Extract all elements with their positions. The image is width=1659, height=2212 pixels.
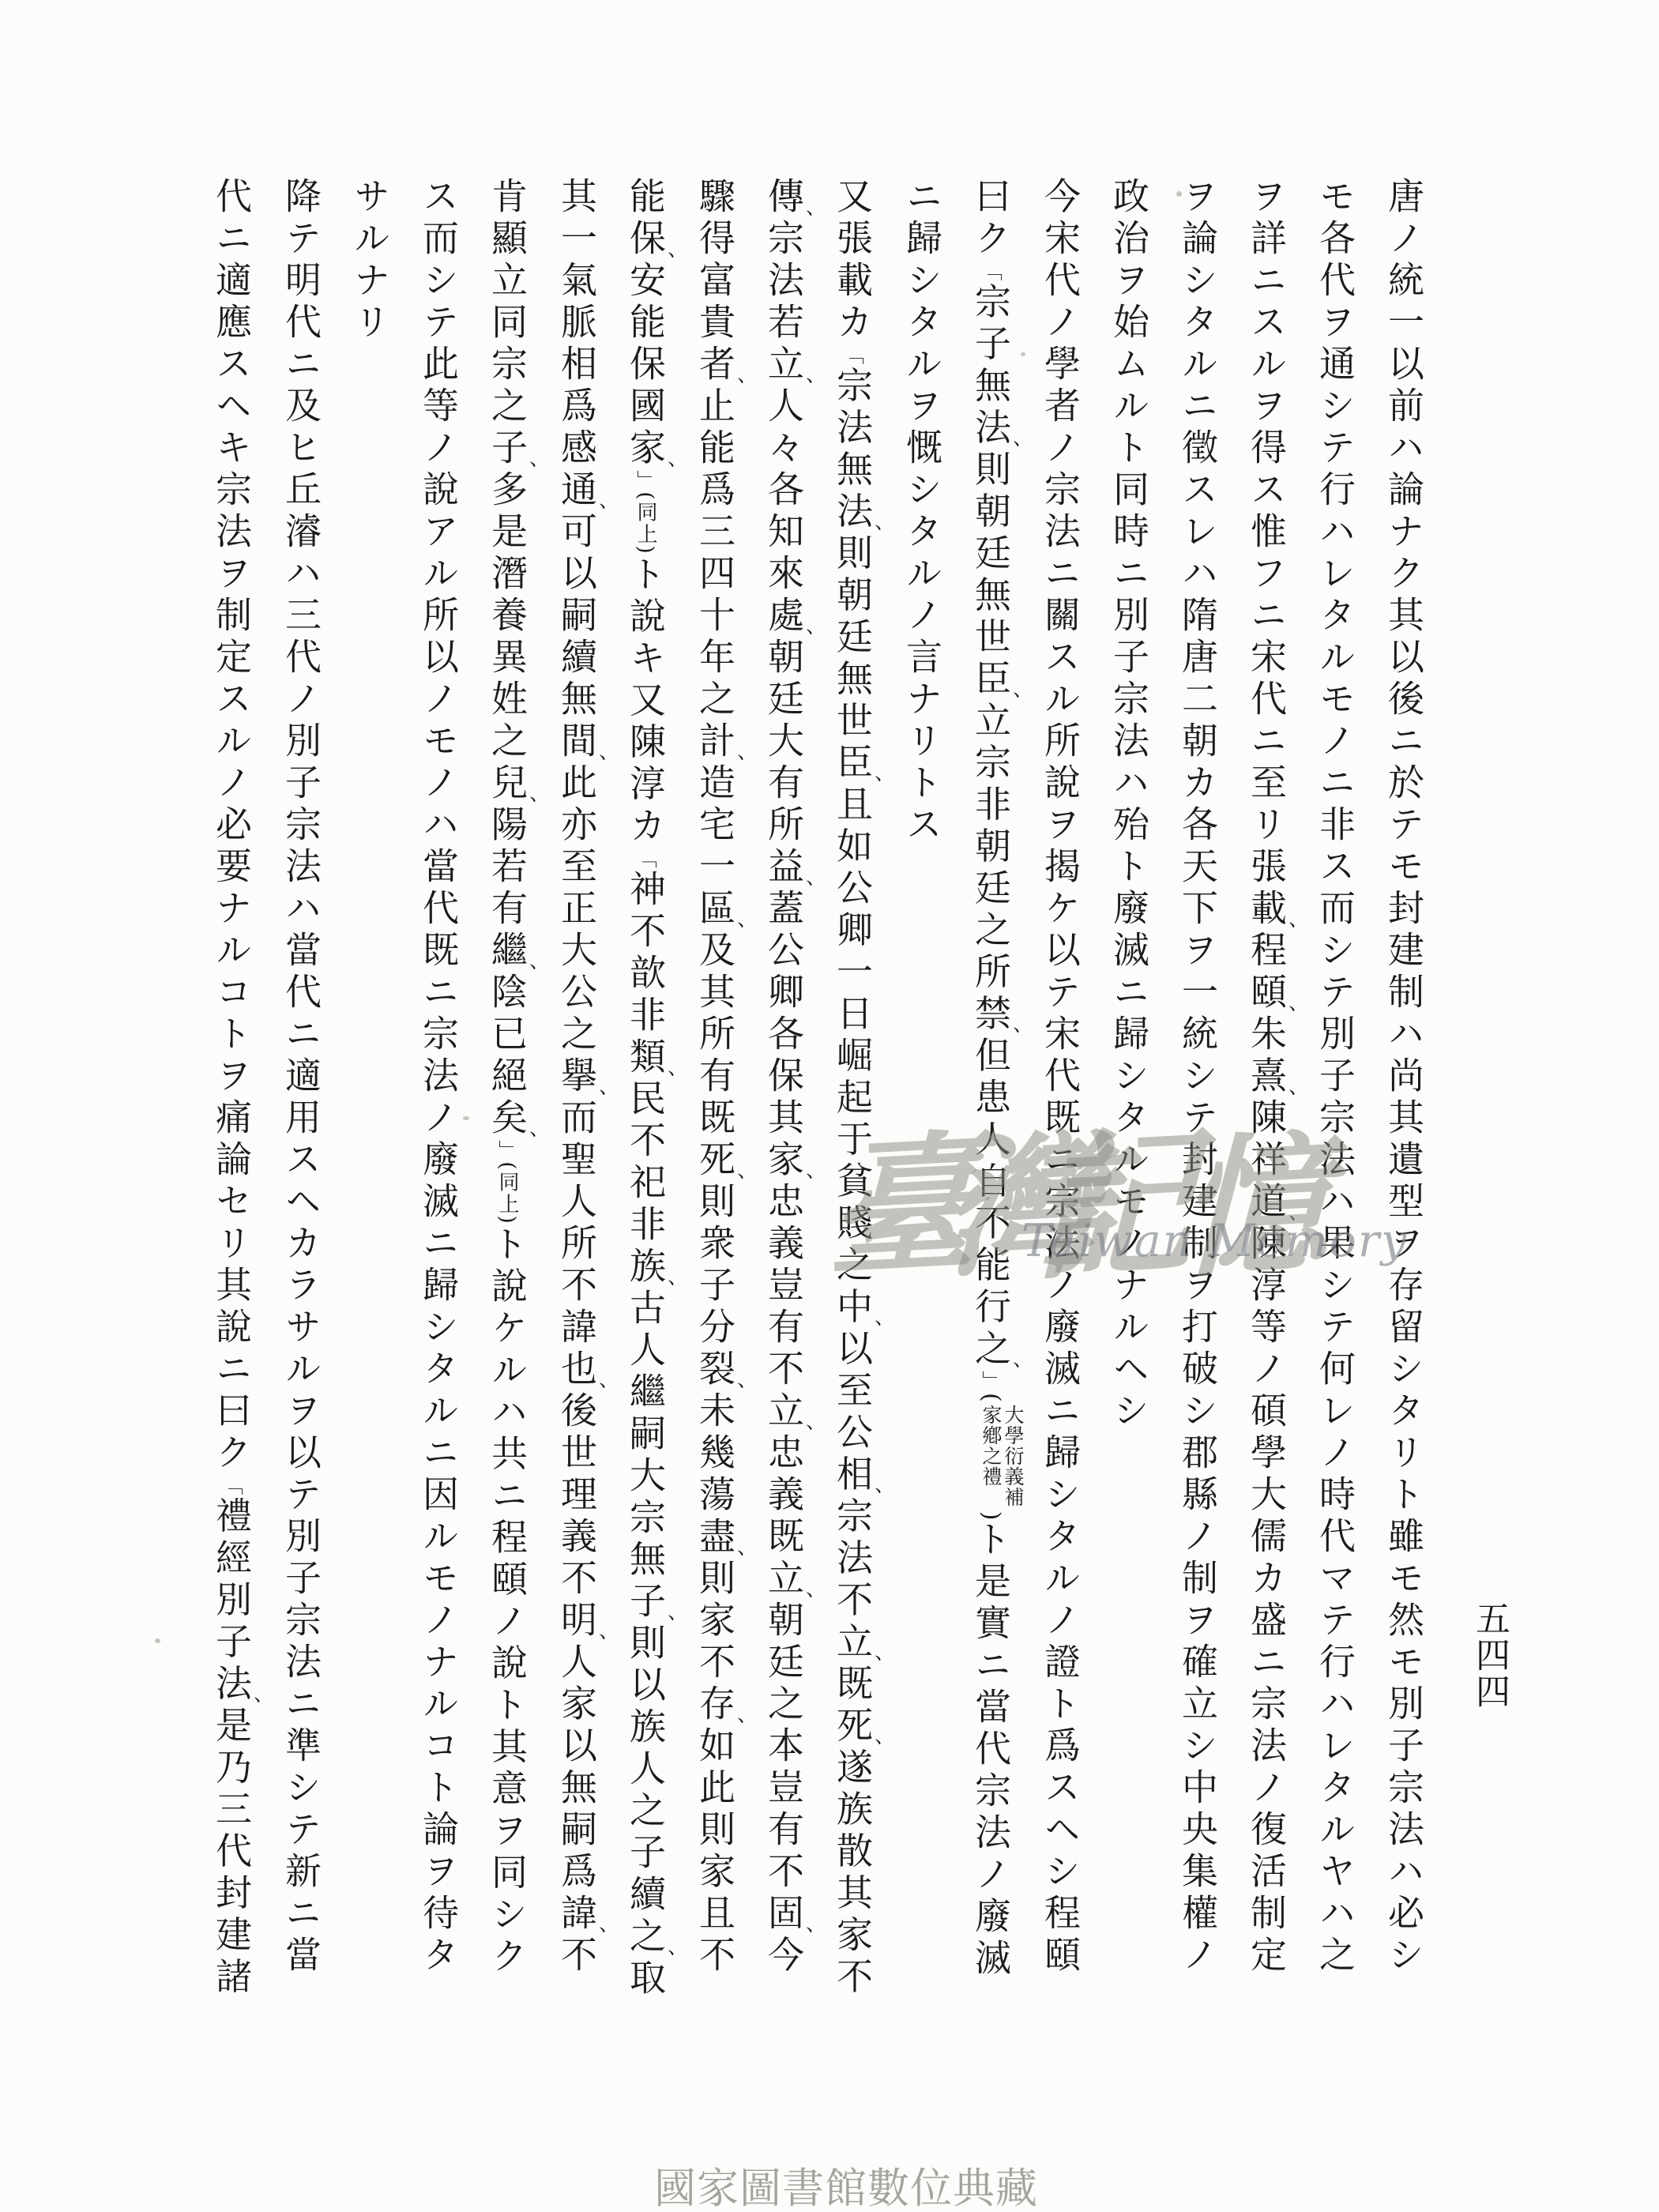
inline-annotation: (大學衍義補家鄕之禮) — [969, 1393, 1012, 1520]
text-column: ヲ詳ニスルヲ得ス惟フニ宋代ニ至リ張載、程頤、朱熹、陳祥道、陳淳等ノ碩學大儒カ盛ニ… — [1232, 177, 1300, 2089]
text-column: 傳、宗法若立、人々各知來處、朝廷大有所益、蓋公卿各保其家、忠義豈有不立、忠義既立… — [749, 177, 818, 2089]
inline-annotation: (同上) — [495, 1161, 519, 1224]
quote-bracket: 「 — [634, 848, 657, 870]
inline-annotation: ) — [977, 1510, 1005, 1520]
text-column: サルナリ — [335, 177, 404, 2089]
inline-annotation: (同上) — [634, 491, 657, 555]
text-column: 又張載カ「宗法無法、則朝廷無世臣、且如公卿一日崛起于貧賤之中、以至公相、宗法不立… — [818, 177, 887, 2089]
quote-bracket: 「 — [980, 261, 1003, 282]
library-caption: 國家圖書館數位典藏 — [654, 2155, 1038, 2212]
quote-bracket: 「 — [841, 344, 864, 366]
text-column: ヲ論シタルニ徵スレハ隋唐二朝カ各天下ヲ一統シテ封建制ヲ打破シ郡縣ノ制ヲ確立シ中央… — [1163, 177, 1232, 2089]
main-text-block: 唐ノ統一以前ハ論ナク其以後ニ於テモ封建制ハ尚其遺型ヲ存留シタリト雖モ然モ別子宗法… — [201, 177, 1438, 2089]
quote-bracket: 「 — [220, 1475, 243, 1496]
text-column: モ各代ヲ通シテ行ハレタルモノニ非ス而シテ別子宗法ハ果シテ何レノ時代マテ行ハレタル… — [1300, 177, 1369, 2089]
text-column: ニ歸シタルヲ慨シタルノ言ナリトス — [887, 177, 956, 2089]
annotation-columns: 大學衍義補家鄕之禮 — [980, 1405, 1024, 1507]
text-column: 今宋代ノ學者ノ宗法ニ關スル所說ヲ揭ケ以テ宋代既ニ宗法ノ廢滅ニ歸シタルノ證ト爲スヘ… — [1025, 177, 1094, 2089]
scanned-book-page: 唐ノ統一以前ハ論ナク其以後ニ於テモ封建制ハ尚其遺型ヲ存留シタリト雖モ然モ別子宗法… — [0, 0, 1659, 2212]
text-column: 曰ク「宗子無法、則朝廷無世臣、立宗非朝廷之所禁、但患人自不能行之、」(大學衍義補… — [956, 177, 1025, 2089]
text-column: 能保、安能保國家、」(同上)ト說キ又陳淳カ「神不歆非類、民不祀非族、古人繼嗣大宗… — [611, 177, 680, 2089]
text-column: 肯顯立同宗之子、多是潛養異姓之兒、陽若有繼、陰已絕矣、」(同上)ト說ケルハ共ニ程… — [472, 177, 542, 2089]
text-column: ス而シテ此等ノ說アル所以ノモノハ當代既ニ宗法ノ廢滅ニ歸シタルニ因ルモノナルコト論… — [404, 177, 472, 2089]
text-column: 降テ明代ニ及ヒ丘濬ハ三代ノ別子宗法ハ當代ニ適用スヘカラサルヲ以テ別子宗法ニ準シテ… — [266, 177, 335, 2089]
page-number: 五四四 — [1464, 1601, 1514, 1710]
text-column: 唐ノ統一以前ハ論ナク其以後ニ於テモ封建制ハ尚其遺型ヲ存留シタリト雖モ然モ別子宗法… — [1369, 177, 1438, 2089]
text-column: 其一氣脈相爲感通、可以嗣續無間、此亦至正大公之擧、而聖人所不諱也、後世理義不明、… — [542, 177, 611, 2089]
scan-noise-dot — [155, 1638, 160, 1643]
text-column: 驟得富貴者、止能爲三四十年之計、造宅一區、及其所有既死、則衆子分裂、未幾蕩盡、則… — [680, 177, 749, 2089]
text-column: 代ニ適應スヘキ宗法ヲ制定スルノ必要ナルコトヲ痛論セリ其說ニ曰ク「禮經別子法、是乃… — [197, 177, 266, 2089]
inline-annotation: ( — [977, 1393, 1005, 1402]
text-column: 政治ヲ始ムルト同時ニ別子宗法ハ殆ト廢滅ニ歸シタルモノナルヘシ — [1094, 177, 1163, 2089]
